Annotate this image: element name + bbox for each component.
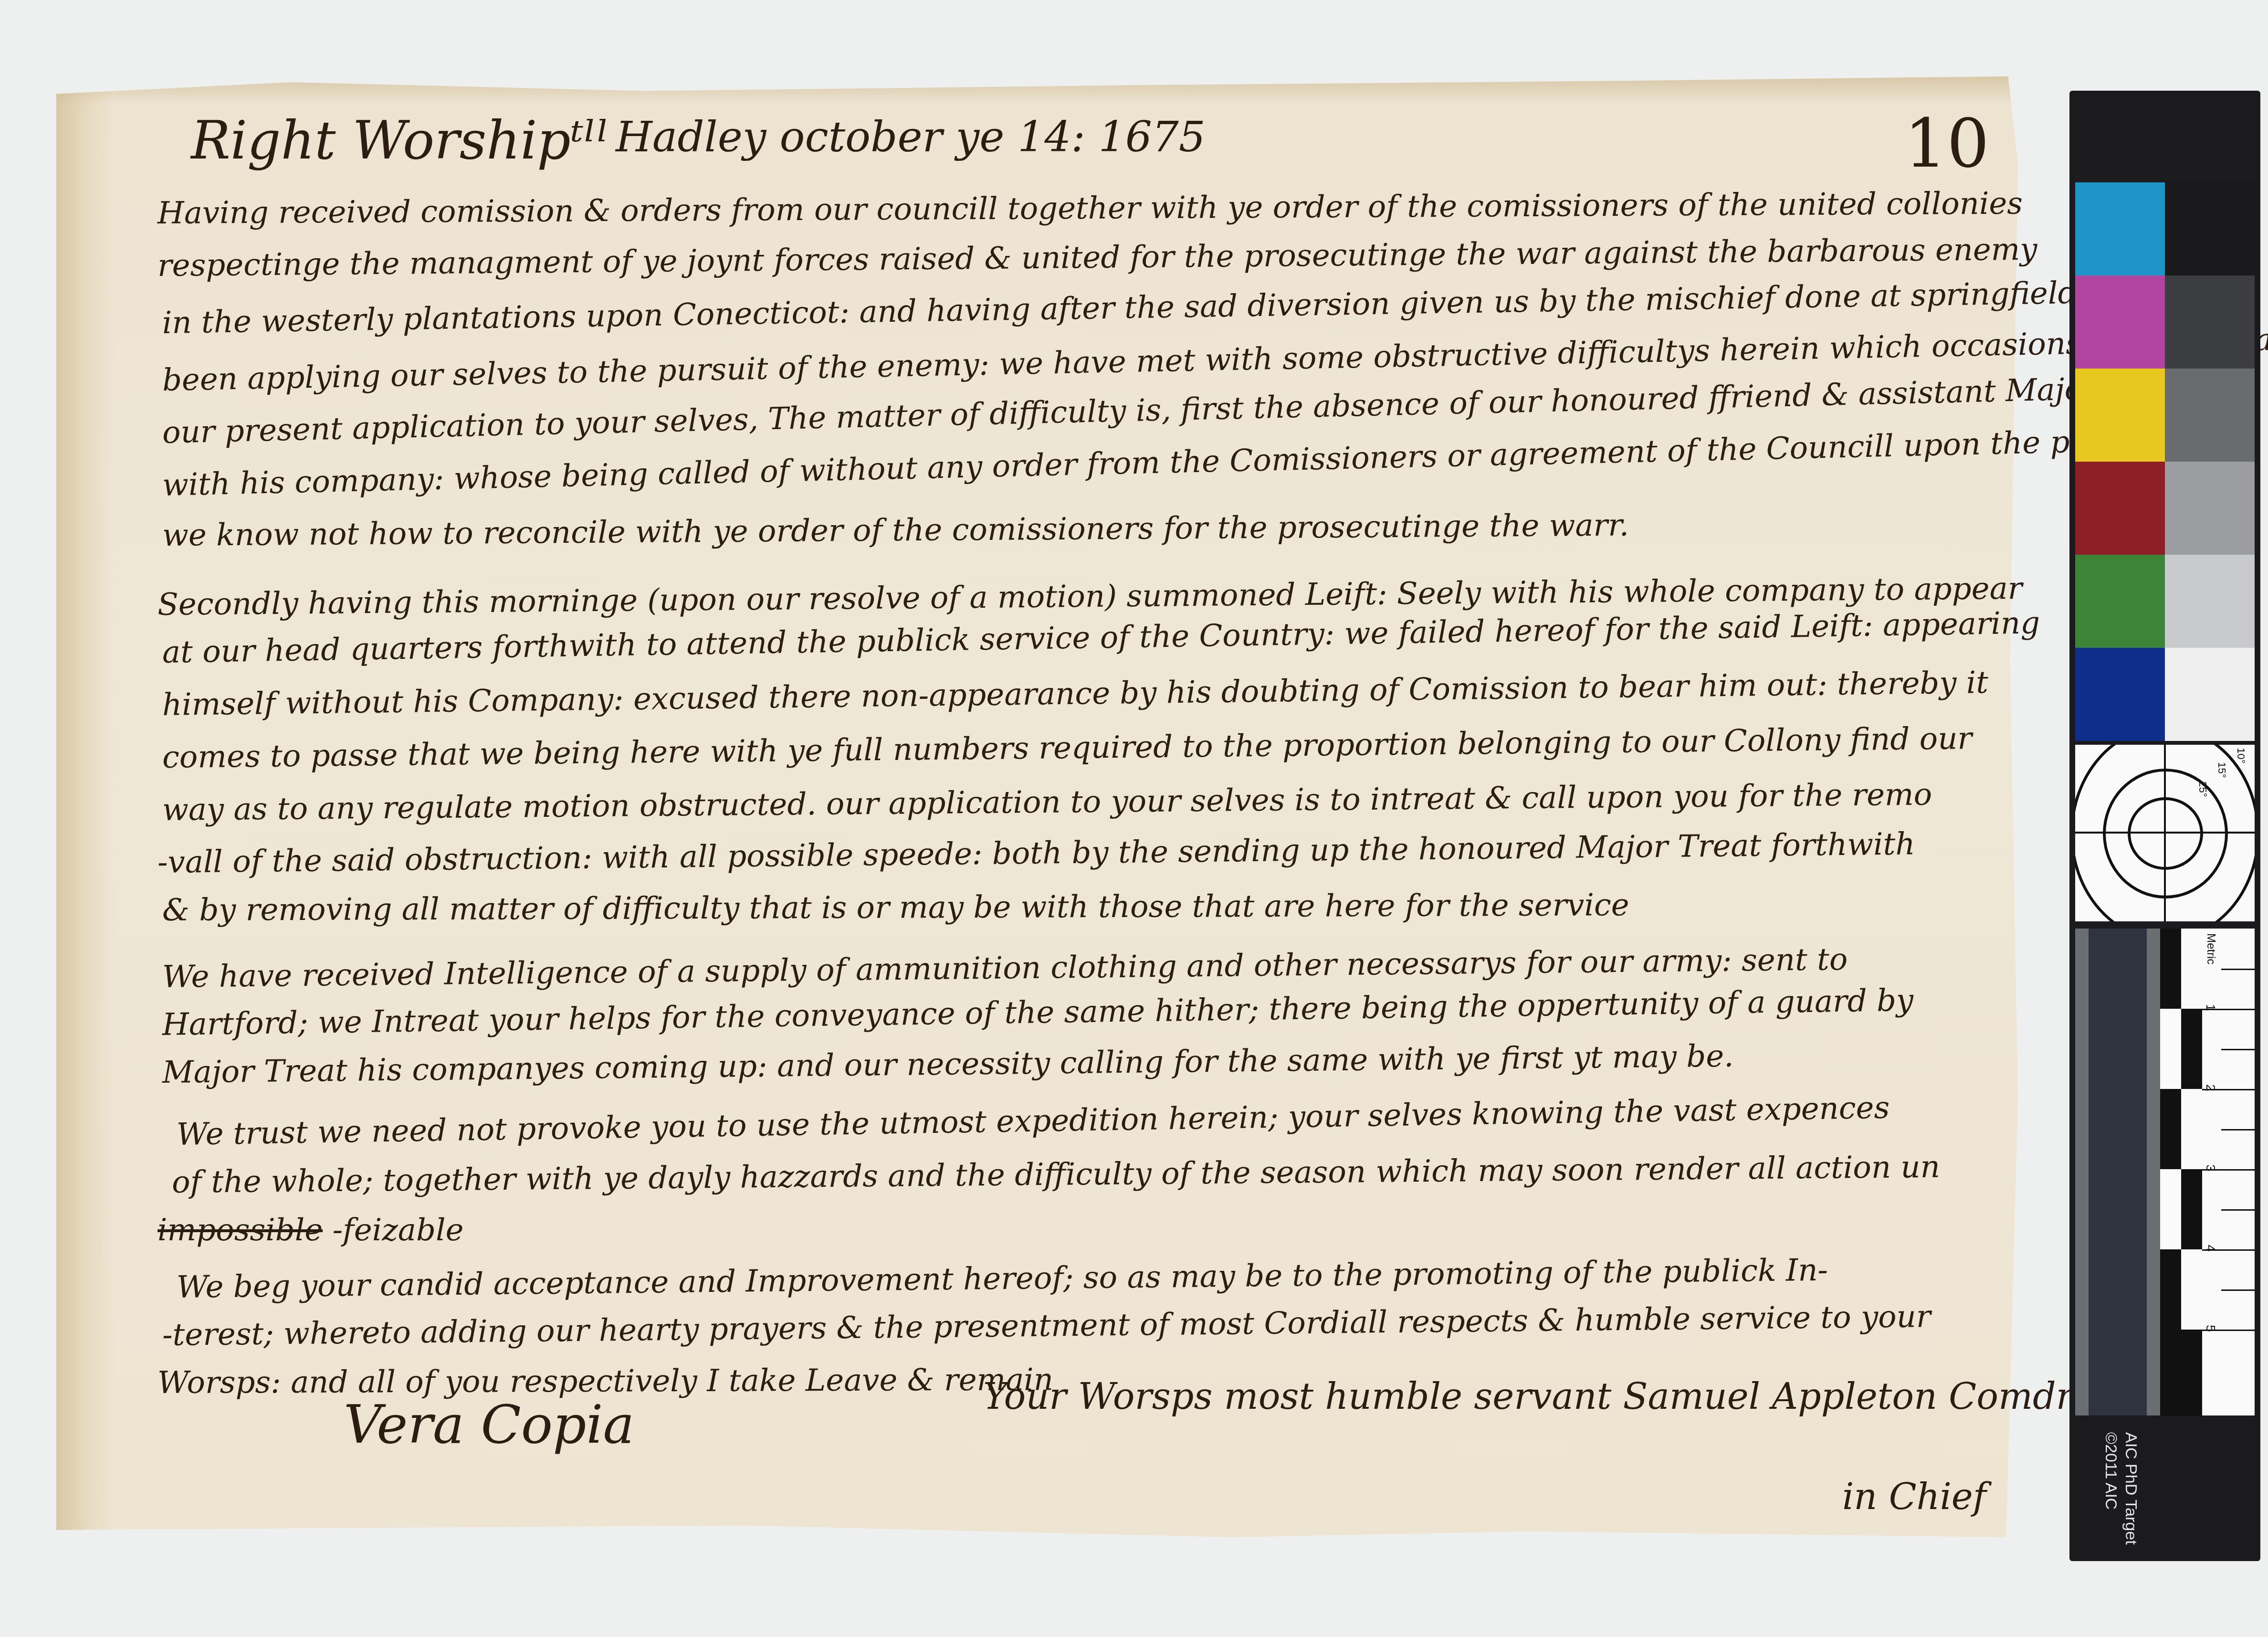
label-25deg: 25°: [2196, 781, 2209, 797]
text-line: & by removing all matter of difficulty t…: [162, 887, 1629, 928]
patch-row: [2075, 182, 2255, 275]
red-patch: [2075, 462, 2165, 555]
signature-title: in Chief: [1842, 1475, 1986, 1518]
struck-word: impossible: [157, 1213, 323, 1248]
folio-number: 10: [1904, 105, 1989, 183]
mid-gray-patch: [2165, 369, 2255, 462]
checker-cell: [2160, 1249, 2181, 1330]
vera-copia-attestation: Vera Copia: [344, 1394, 634, 1455]
tick-half: [2221, 1049, 2255, 1050]
patch-row: [2075, 555, 2255, 648]
checker-cell: [2160, 1089, 2181, 1169]
checker-cell: [2160, 1330, 2181, 1415]
text-line: impossible -feizable: [157, 1213, 463, 1248]
scale-number: 4: [2203, 1245, 2218, 1251]
checker-cell: [2160, 1169, 2181, 1249]
gray-block-edge: [2075, 929, 2089, 1415]
tick-half: [2221, 1129, 2255, 1130]
gray-block-edge: [2147, 929, 2160, 1415]
magenta-patch: [2075, 275, 2165, 369]
white-patch: [2165, 648, 2255, 741]
checker-cell: [2181, 1330, 2202, 1415]
metric-label: Metric: [2204, 933, 2217, 964]
checker-cell: [2181, 929, 2202, 1009]
scale-number: 5: [2203, 1325, 2218, 1331]
color-calibration-target: 10° 15° 25° Metric: [2069, 91, 2260, 1561]
patch-row: [2075, 369, 2255, 462]
gray-reference-block: [2075, 929, 2160, 1415]
crosshair-vertical: [2164, 745, 2166, 921]
patch-row: [2075, 648, 2255, 741]
scale-number: 1: [2203, 1004, 2218, 1011]
focus-bullseye: 10° 15° 25°: [2075, 745, 2255, 921]
label-15deg: 15°: [2215, 762, 2228, 778]
credit-line-1: AIC PhD Target: [2121, 1432, 2141, 1545]
lighter-gray-patch: [2165, 555, 2255, 648]
checkerboard-strip: [2160, 929, 2202, 1415]
yellow-patch: [2075, 369, 2165, 462]
patch-row: [2075, 462, 2255, 555]
tick-half: [2221, 1289, 2255, 1291]
metric-scale: Metric 1 2 3 4 5: [2202, 929, 2255, 1415]
metric-ruler-zone: Metric 1 2 3 4 5: [2075, 929, 2255, 1415]
checker-cell: [2181, 1009, 2202, 1089]
checker-cell: [2181, 1249, 2202, 1330]
checker-cell: [2181, 1169, 2202, 1249]
paper-top-stain: [56, 76, 2018, 105]
dateline: Hadley october ye 14: 1675: [616, 112, 1206, 161]
salutation: Right Worshipᵗˡˡ: [191, 110, 609, 171]
tick-half: [2221, 969, 2255, 970]
signature-line: Your Worsps most humble servant Samuel A…: [983, 1375, 2073, 1417]
cyan-patch: [2075, 182, 2165, 275]
black-header-patch: [2075, 96, 2255, 182]
credit-line-2: ©2011 AIC: [2101, 1432, 2121, 1545]
checker-cell: [2160, 1009, 2181, 1089]
patch-row: [2075, 275, 2255, 369]
scale-number: 3: [2203, 1164, 2218, 1171]
dark-gray-patch: [2165, 275, 2255, 369]
checker-cell: [2160, 929, 2181, 1009]
paper-left-edge: [56, 76, 114, 1537]
scale-number: 2: [2203, 1084, 2218, 1091]
label-10deg: 10°: [2235, 748, 2247, 763]
checker-cell: [2181, 1089, 2202, 1169]
target-credit: AIC PhD Target ©2011 AIC: [2101, 1432, 2141, 1545]
green-patch: [2075, 555, 2165, 648]
blue-patch: [2075, 648, 2165, 741]
black-patch: [2165, 182, 2255, 275]
replacement-word: -feizable: [332, 1213, 463, 1248]
tick-half: [2221, 1209, 2255, 1211]
light-gray-patch: [2165, 462, 2255, 555]
